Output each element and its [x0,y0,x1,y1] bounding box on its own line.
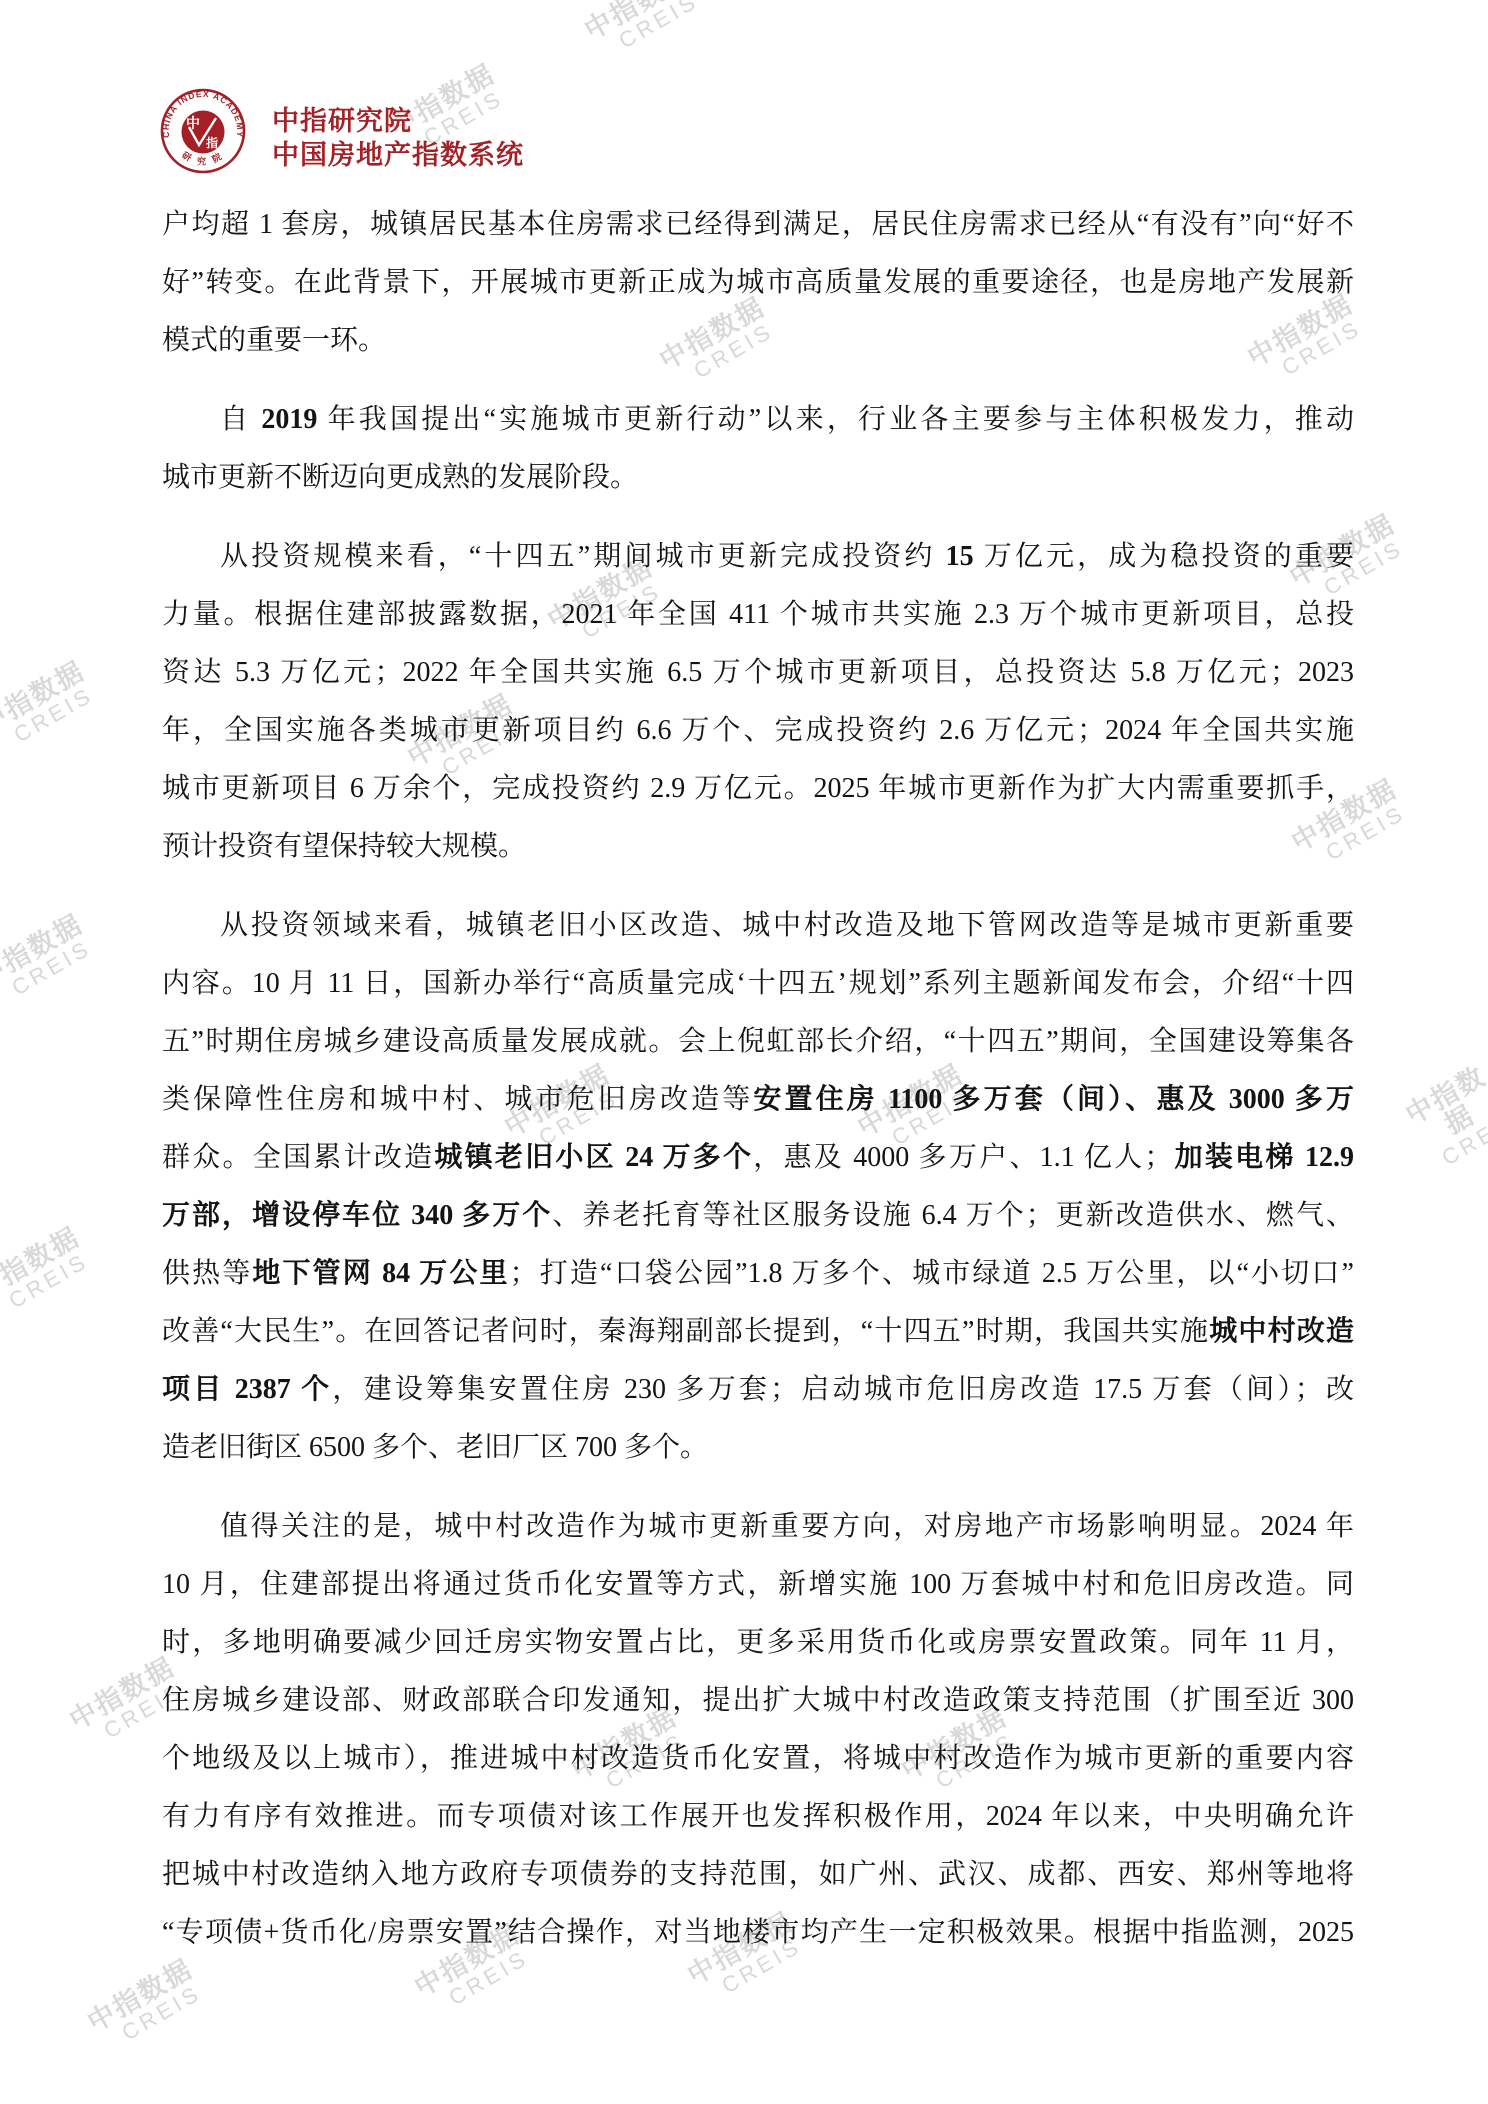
text-line: “专项债+货币化/房票安置”结合操作，对当地楼市均产生一定积极效果。根据中指监测… [162,1904,1354,1962]
text-line: 项目 2387 个，建设筹集安置住房 230 多万套；启动城市危旧房改造 17.… [162,1361,1354,1419]
text-line: 城市更新项目 6 万余个，完成投资约 2.9 万亿元。2025 年城市更新作为扩… [162,760,1354,818]
text-run: 住房城乡建设部、财政部联合印发通知，提出扩大城中村改造政策支持范围（扩围至近 3… [162,1685,1354,1716]
text-run: 项目 2387 个 [162,1374,332,1405]
watermark-line2: CREIS [0,676,110,754]
brand-text-block: 中指研究院 中国房地产指数系统 [272,104,524,172]
system-name: 中国房地产指数系统 [272,138,524,172]
text-run: 改善“大民生”。在回答记者问时，秦海翔副部长提到，“十四五”时期，我国共实施 [162,1316,1209,1347]
text-run: 从投资领域来看，城镇老旧小区改造、城中村改造及地下管网改造等是城市更新重要 [220,910,1354,941]
watermark: 中指数据CREIS [0,909,99,1012]
text-run: 地下管网 84 万公里 [252,1258,509,1289]
text-run: 从投资规模来看，“十四五”期间城市更新完成投资约 [220,541,946,572]
text-run: ，惠及 4000 多万户、1.1 亿人； [753,1142,1172,1173]
text-run: 资达 5.3 万亿元；2022 年全国共实施 6.5 万个城市更新项目，总投资达… [162,657,1354,688]
text-run: 群众。全国累计改造 [162,1142,434,1173]
paragraph: 自 2019 年我国提出“实施城市更新行动”以来，行业各主要参与主体积极发力，推… [162,391,1354,507]
watermark: 中指数据CREIS [580,0,706,65]
text-run: 时，多地明确要减少回迁房实物安置占比，更多采用货币化或房票安置政策。同年 11 … [162,1627,1354,1658]
text-line: 从投资领域来看，城镇老旧小区改造、城中村改造及地下管网改造等是城市更新重要 [162,897,1354,955]
text-run: 加装电梯 12.9 [1172,1142,1354,1173]
text-line: 类保障性住房和城中村、城市危旧房改造等安置住房 1100 多万套（间）、惠及 3… [162,1071,1354,1129]
text-line: 有力有序有效推进。而专项债对该工作展开也发挥积极作用，2024 年以来，中央明确… [162,1788,1354,1846]
text-run: 城市更新项目 6 万余个，完成投资约 2.9 万亿元。2025 年城市更新作为扩… [162,773,1354,804]
watermark-line1: 中指数据 [0,1222,85,1305]
watermark: 中指数据CREIS [0,656,101,759]
report-page: 中指数据CREIS中指数据CREIS中指数据CREIS中指数据CREIS中指数据… [0,0,1488,2104]
paragraph: 从投资领域来看，城镇老旧小区改造、城中村改造及地下管网改造等是城市更新重要内容。… [162,897,1354,1477]
china-index-academy-seal-logo: CHINA INDEX ACADEMY 研 究 院 中 指 [160,88,246,174]
text-run: 五”时期住房城乡建设高质量发展成就。会上倪虹部长介绍，“十四五”期间，全国建设筹… [162,1026,1354,1057]
text-run: 自 [220,404,261,435]
watermark-line2: CREIS [0,929,108,1007]
text-run: 10 月，住建部提出将通过货币化安置等方式，新增实施 100 万套城中村和危旧房… [162,1569,1354,1600]
text-run: 个地级及以上城市），推进城中村改造货币化安置，将城中村改造作为城市更新的重要内容 [162,1743,1354,1774]
org-name: 中指研究院 [272,104,524,138]
watermark-line2: CREIS [0,1242,105,1320]
text-line: 造老旧街区 6500 多个、老旧厂区 700 多个。 [162,1419,1354,1477]
watermark-line2: CREIS [1438,1106,1488,1170]
watermark-line1: 中指数据 [0,909,88,992]
document-body: 户均超 1 套房，城镇居民基本住房需求已经得到满足，居民住房需求已经从“有没有”… [162,196,1354,1983]
watermark-line1: 中指数据 [1401,1062,1488,1155]
text-run: 类保障性住房和城中村、城市危旧房改造等 [162,1084,753,1115]
text-line: 10 月，住建部提出将通过货币化安置等方式，新增实施 100 万套城中村和危旧房… [162,1556,1354,1614]
paragraph: 户均超 1 套房，城镇居民基本住房需求已经得到满足，居民住房需求已经从“有没有”… [162,196,1354,370]
text-line: 力量。根据住建部披露数据，2021 年全国 411 个城市共实施 2.3 万个城… [162,586,1354,644]
text-run: 值得关注的是，城中村改造作为城市更新重要方向，对房地产市场影响明显。2024 年 [220,1511,1354,1542]
text-line: 从投资规模来看，“十四五”期间城市更新完成投资约 15 万亿元，成为稳投资的重要 [162,528,1354,586]
text-line: 个地级及以上城市），推进城中村改造货币化安置，将城中村改造作为城市更新的重要内容 [162,1730,1354,1788]
text-run: ；打造“口袋公园”1.8 万多个、城市绿道 2.5 万公里，以“小切口” [510,1258,1354,1289]
text-run: 模式的重要一环。 [162,325,386,356]
text-line: 改善“大民生”。在回答记者问时，秦海翔副部长提到，“十四五”时期，我国共实施城中… [162,1303,1354,1361]
watermark-line2: CREIS [106,1974,218,2052]
text-line: 供热等地下管网 84 万公里；打造“口袋公园”1.8 万多个、城市绿道 2.5 … [162,1245,1354,1303]
seal-char-zhi: 指 [205,135,218,150]
text-line: 住房城乡建设部、财政部联合印发通知，提出扩大城中村改造政策支持范围（扩围至近 3… [162,1672,1354,1730]
text-run: 好”转变。在此背景下，开展城市更新正成为城市高质量发展的重要途径，也是房地产发展… [162,267,1354,298]
text-run: 城镇老旧小区 24 万多个 [434,1142,753,1173]
text-run: 户均超 1 套房，城镇居民基本住房需求已经得到满足，居民住房需求已经从“有没有”… [162,209,1354,240]
text-run: 2019 [261,404,317,435]
text-run: 把城中村改造纳入地方政府专项债券的支持范围，如广州、武汉、成都、西安、郑州等地将 [162,1859,1354,1890]
text-line: 时，多地明确要减少回迁房实物安置占比，更多采用货币化或房票安置政策。同年 11 … [162,1614,1354,1672]
text-line: 城市更新不断迈向更成熟的发展阶段。 [162,449,1354,507]
text-run: 城中村改造 [1209,1316,1354,1347]
text-line: 自 2019 年我国提出“实施城市更新行动”以来，行业各主要参与主体积极发力，推… [162,391,1354,449]
text-line: 五”时期住房城乡建设高质量发展成就。会上倪虹部长介绍，“十四五”期间，全国建设筹… [162,1013,1354,1071]
text-line: 万部，增设停车位 340 多万个、养老托育等社区服务设施 6.4 万个；更新改造… [162,1187,1354,1245]
text-run: 安置住房 1100 多万套（间）、惠及 3000 多万 [753,1084,1354,1115]
text-run: 造老旧街区 6500 多个、老旧厂区 700 多个。 [162,1432,708,1463]
text-line: 把城中村改造纳入地方政府专项债券的支持范围，如广州、武汉、成都、西安、郑州等地将 [162,1846,1354,1904]
text-run: 内容。10 月 11 日，国新办举行“高质量完成‘十四五’规划”系列主题新闻发布… [162,968,1354,999]
paragraph: 值得关注的是，城中村改造作为城市更新重要方向，对房地产市场影响明显。2024 年… [162,1498,1354,1962]
text-run: ，建设筹集安置住房 230 多万套；启动城市危旧房改造 17.5 万套（间）；改 [332,1374,1354,1405]
watermark: 中指数据CREIS [1401,1062,1488,1175]
watermark-line1: 中指数据 [580,0,695,45]
text-run: “专项债+货币化/房票安置”结合操作，对当地楼市均产生一定积极效果。根据中指监测… [162,1917,1354,1948]
paragraph: 从投资规模来看，“十四五”期间城市更新完成投资约 15 万亿元，成为稳投资的重要… [162,528,1354,876]
text-run: 力量。根据住建部披露数据，2021 年全国 411 个城市共实施 2.3 万个城… [162,599,1354,630]
watermark-line1: 中指数据 [0,656,90,739]
text-run: 、养老托育等社区服务设施 6.4 万个；更新改造供水、燃气、 [552,1200,1354,1231]
text-run: 年我国提出“实施城市更新行动”以来，行业各主要参与主体积极发力，推动 [317,404,1354,435]
text-run: 供热等 [162,1258,252,1289]
text-line: 群众。全国累计改造城镇老旧小区 24 万多个，惠及 4000 多万户、1.1 亿… [162,1129,1354,1187]
watermark-line2: CREIS [603,0,715,60]
text-run: 万亿元，成为稳投资的重要 [974,541,1354,572]
text-line: 好”转变。在此背景下，开展城市更新正成为城市高质量发展的重要途径，也是房地产发展… [162,254,1354,312]
text-run: 15 [946,541,974,572]
text-line: 预计投资有望保持较大规模。 [162,818,1354,876]
text-line: 内容。10 月 11 日，国新办举行“高质量完成‘十四五’规划”系列主题新闻发布… [162,955,1354,1013]
text-run: 万部，增设停车位 340 多万个 [162,1200,552,1231]
text-run: 年，全国实施各类城市更新项目约 6.6 万个、完成投资约 2.6 万亿元；202… [162,715,1354,746]
text-run: 城市更新不断迈向更成熟的发展阶段。 [162,462,638,493]
text-run: 预计投资有望保持较大规模。 [162,831,526,862]
text-run: 有力有序有效推进。而专项债对该工作展开也发挥积极作用，2024 年以来，中央明确… [162,1801,1354,1832]
watermark: 中指数据CREIS [0,1222,96,1325]
text-line: 值得关注的是，城中村改造作为城市更新重要方向，对房地产市场影响明显。2024 年 [162,1498,1354,1556]
text-line: 户均超 1 套房，城镇居民基本住房需求已经得到满足，居民住房需求已经从“有没有”… [162,196,1354,254]
text-line: 年，全国实施各类城市更新项目约 6.6 万个、完成投资约 2.6 万亿元；202… [162,702,1354,760]
text-line: 模式的重要一环。 [162,312,1354,370]
seal-char-zhong: 中 [186,115,200,131]
text-line: 资达 5.3 万亿元；2022 年全国共实施 6.5 万个城市更新项目，总投资达… [162,644,1354,702]
